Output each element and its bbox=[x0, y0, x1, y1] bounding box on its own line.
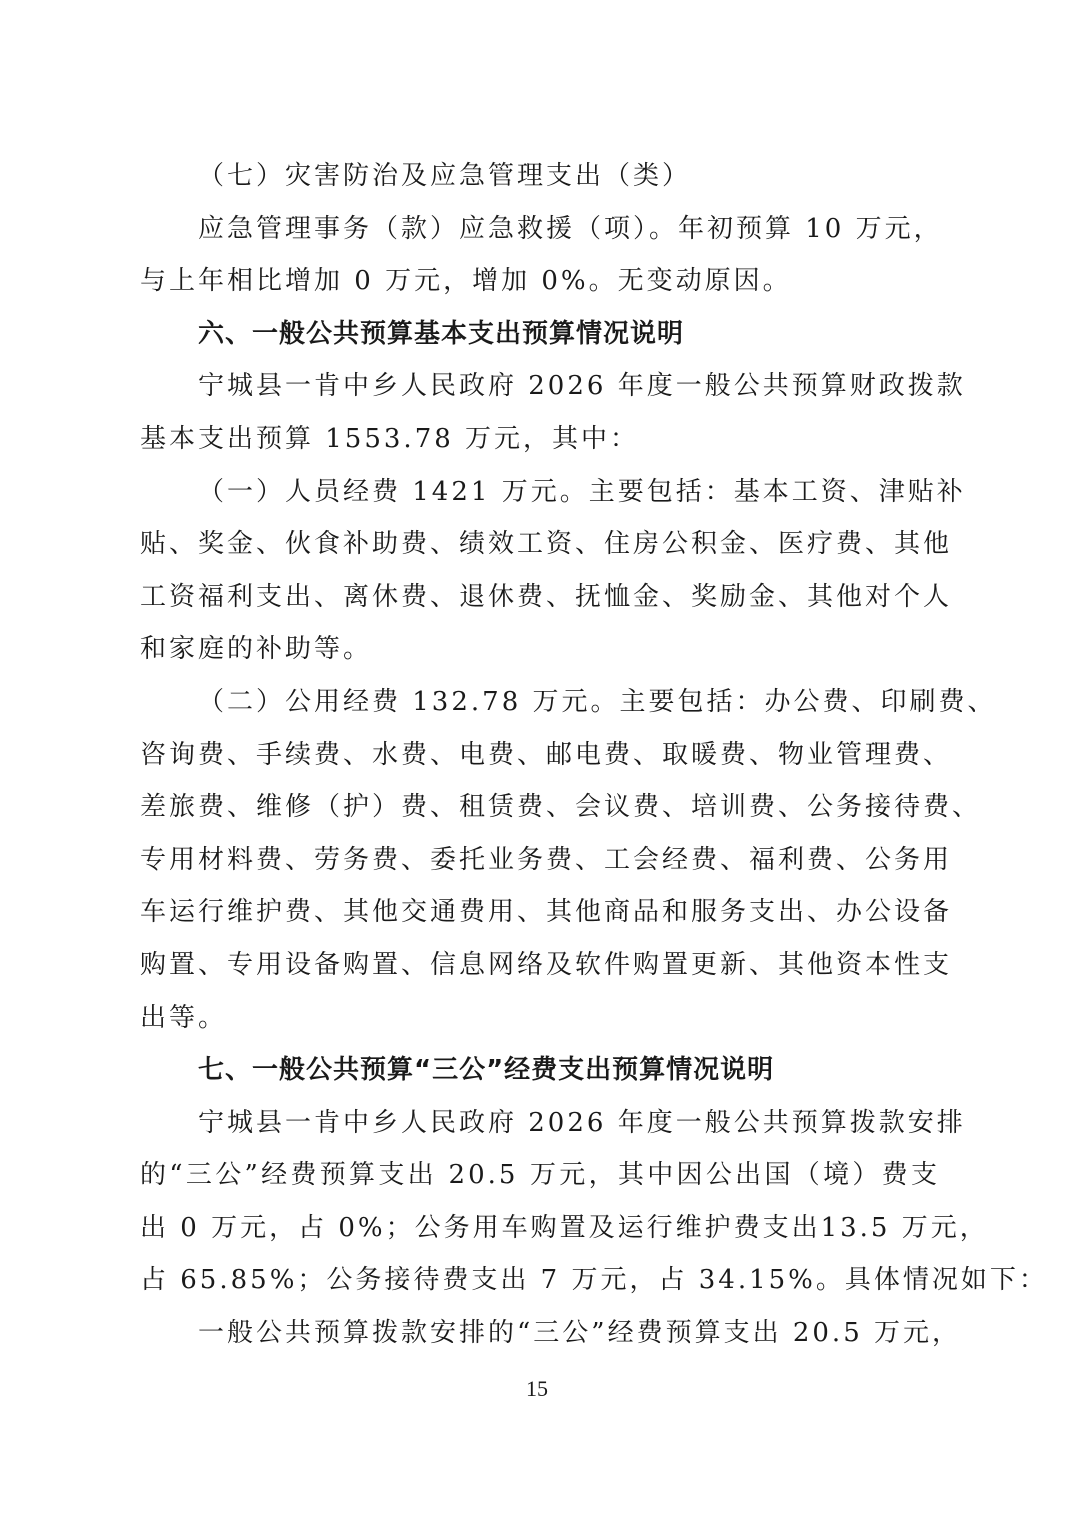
paragraph-line: 一般公共预算拨款安排的“三公”经费预算支出 20.5 万元， bbox=[140, 1307, 940, 1360]
page-number: 15 bbox=[0, 1376, 1074, 1402]
section-subheading-disaster-prevention: （七）灾害防治及应急管理支出（类） bbox=[140, 150, 940, 203]
paragraph-line: 出 0 万元，占 0%；公务用车购置及运行维护费支出13.5 万元， bbox=[140, 1202, 940, 1255]
paragraph-line: 和家庭的补助等。 bbox=[140, 623, 940, 676]
paragraph-line: 宁城县一肯中乡人民政府 2026 年度一般公共预算财政拨款 bbox=[140, 360, 940, 413]
paragraph-line: 购置、专用设备购置、信息网络及软件购置更新、其他资本性支 bbox=[140, 939, 940, 992]
paragraph-line: （二）公用经费 132.78 万元。主要包括：办公费、印刷费、 bbox=[140, 676, 940, 729]
paragraph-line: 占 65.85%；公务接待费支出 7 万元，占 34.15%。具体情况如下： bbox=[140, 1254, 940, 1307]
paragraph-line: 咨询费、手续费、水费、电费、邮电费、取暖费、物业管理费、 bbox=[140, 729, 940, 782]
paragraph-line: 宁城县一肯中乡人民政府 2026 年度一般公共预算拨款安排 bbox=[140, 1097, 940, 1150]
paragraph-line: 基本支出预算 1553.78 万元，其中： bbox=[140, 413, 940, 466]
paragraph-line: 的“三公”经费预算支出 20.5 万元，其中因公出国（境）费支 bbox=[140, 1149, 940, 1202]
paragraph-line: 贴、奖金、伙食补助费、绩效工资、住房公积金、医疗费、其他 bbox=[140, 518, 940, 571]
paragraph-line: 与上年相比增加 0 万元，增加 0%。无变动原因。 bbox=[140, 255, 940, 308]
paragraph-line: 出等。 bbox=[140, 992, 940, 1045]
section-heading-basic-expenditure: 六、一般公共预算基本支出预算情况说明 bbox=[140, 308, 940, 361]
paragraph-line: 差旅费、维修（护）费、租赁费、会议费、培训费、公务接待费、 bbox=[140, 781, 940, 834]
paragraph-line: （一）人员经费 1421 万元。主要包括：基本工资、津贴补 bbox=[140, 466, 940, 519]
document-page: （七）灾害防治及应急管理支出（类） 应急管理事务（款）应急救援（项）。年初预算 … bbox=[140, 150, 940, 1360]
paragraph-line: 应急管理事务（款）应急救援（项）。年初预算 10 万元， bbox=[140, 203, 940, 256]
section-heading-three-public-expenses: 七、一般公共预算“三公”经费支出预算情况说明 bbox=[140, 1044, 940, 1097]
paragraph-line: 车运行维护费、其他交通费用、其他商品和服务支出、办公设备 bbox=[140, 886, 940, 939]
paragraph-line: 专用材料费、劳务费、委托业务费、工会经费、福利费、公务用 bbox=[140, 834, 940, 887]
paragraph-line: 工资福利支出、离休费、退休费、抚恤金、奖励金、其他对个人 bbox=[140, 571, 940, 624]
